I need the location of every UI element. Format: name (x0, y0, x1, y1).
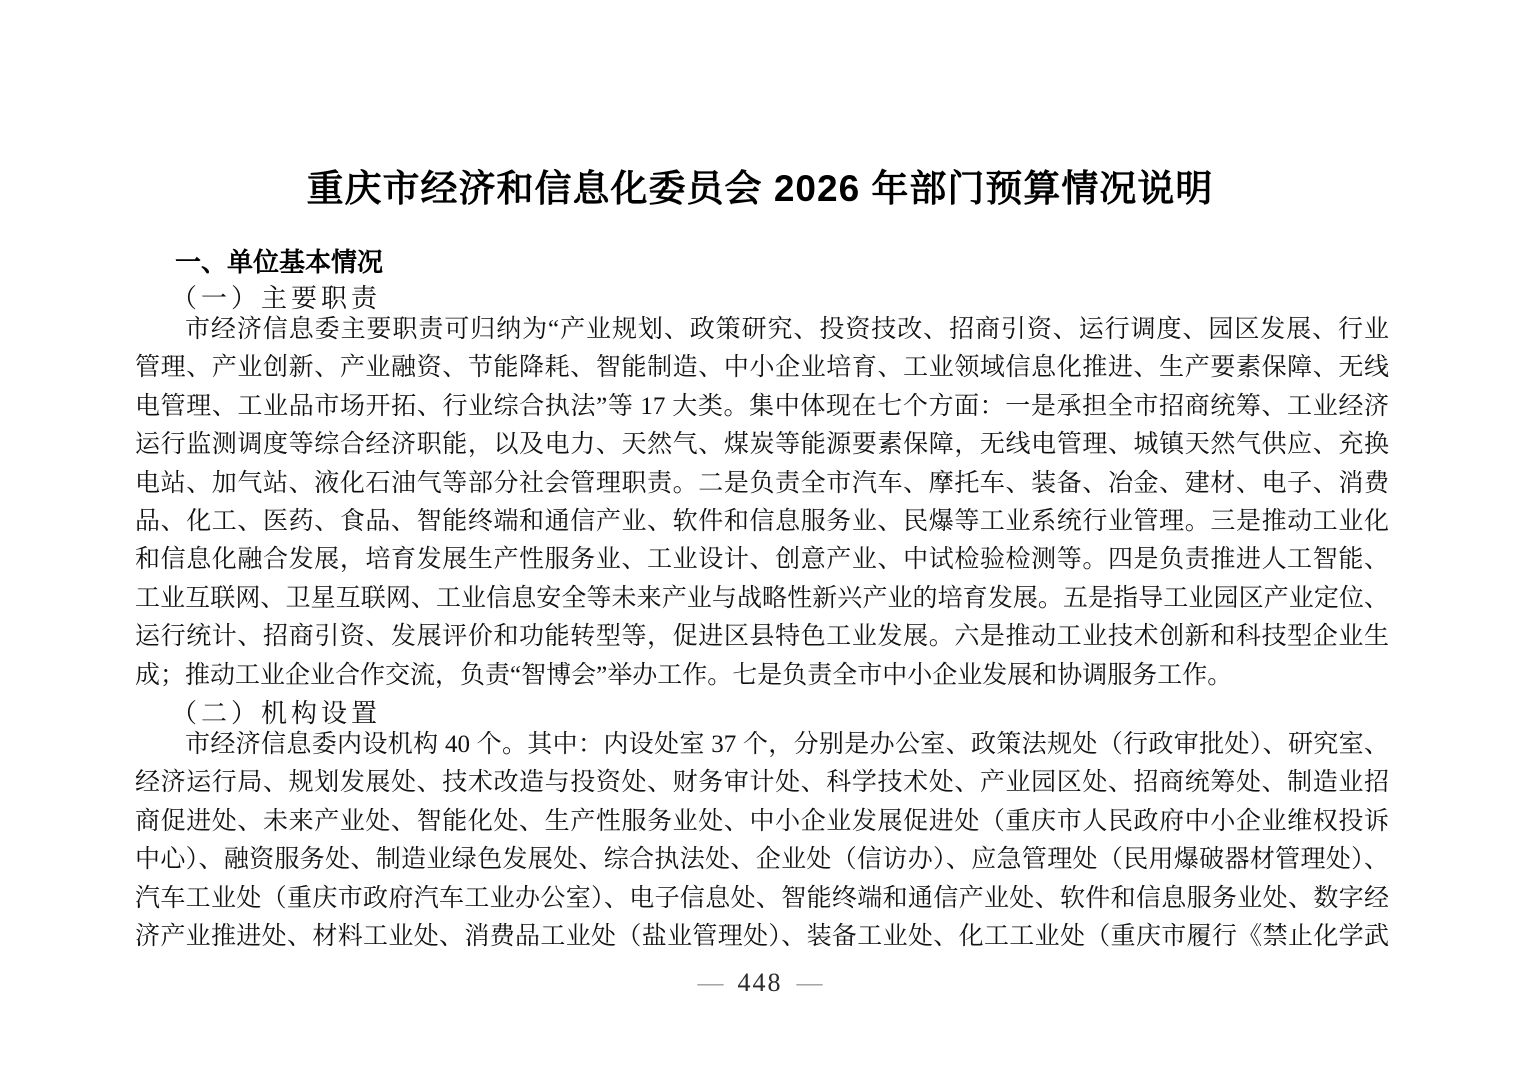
paragraph-line: 和信息化融合发展，培育发展生产性服务业、工业设计、创意产业、中试检验检测等。四是… (135, 541, 1389, 579)
paragraph-line: 运行监测调度等综合经济职能，以及电力、天然气、煤炭等能源要素保障，无线电管理、城… (135, 426, 1389, 464)
section-heading-basic-info: 一、单位基本情况 (135, 242, 1389, 279)
paragraph-main-duties: 市经济信息委主要职责可归纳为“产业规划、政策研究、投资技改、招商引资、运行调度、… (135, 311, 1389, 695)
paragraph-line: 品、化工、医药、食品、智能终端和通信产业、软件和信息服务业、民爆等工业系统行业管… (135, 503, 1389, 541)
footer-right-dash: — (783, 968, 837, 997)
paragraph-line: 中心）、融资服务处、制造业绿色发展处、综合执法处、企业处（信访办）、应急管理处（… (135, 841, 1389, 879)
paragraph-line: 运行统计、招商引资、发展评价和功能转型等，促进区县特色工业发展。六是推动工业技术… (135, 618, 1389, 656)
document-page: 重庆市经济和信息化委员会 2026 年部门预算情况说明 一、单位基本情况 （一）… (0, 0, 1520, 1074)
paragraph-line: 成；推动工业企业合作交流，负责“智博会”举办工作。七是负责全市中小企业发展和协调… (135, 657, 1389, 695)
paragraph-line: 济产业推进处、材料工业处、消费品工业处（盐业管理处）、装备工业处、化工工业处（重… (135, 918, 1389, 956)
subsection-heading-main-duties: （一）主要职责 (135, 278, 1389, 315)
page-footer: —448— (0, 968, 1520, 998)
page-title: 重庆市经济和信息化委员会 2026 年部门预算情况说明 (0, 158, 1520, 212)
page-number: 448 (738, 968, 783, 997)
paragraph-line: 市经济信息委主要职责可归纳为“产业规划、政策研究、投资技改、招商引资、运行调度、… (135, 311, 1389, 349)
paragraph-line: 商促进处、未来产业处、智能化处、生产性服务业处、中小企业发展促进处（重庆市人民政… (135, 803, 1389, 841)
paragraph-line: 管理、产业创新、产业融资、节能降耗、智能制造、中小企业培育、工业领域信息化推进、… (135, 349, 1389, 387)
subsection-heading-org-structure: （二）机构设置 (135, 693, 1389, 730)
paragraph-line: 汽车工业处（重庆市政府汽车工业办公室）、电子信息处、智能终端和通信产业处、软件和… (135, 880, 1389, 918)
paragraph-line: 市经济信息委内设机构 40 个。其中：内设处室 37 个，分别是办公室、政策法规… (135, 726, 1389, 764)
paragraph-line: 经济运行局、规划发展处、技术改造与投资处、财务审计处、科学技术处、产业园区处、招… (135, 764, 1389, 802)
paragraph-org-structure: 市经济信息委内设机构 40 个。其中：内设处室 37 个，分别是办公室、政策法规… (135, 726, 1389, 956)
paragraph-line: 工业互联网、卫星互联网、工业信息安全等未来产业与战略性新兴产业的培育发展。五是指… (135, 580, 1389, 618)
paragraph-line: 电站、加气站、液化石油气等部分社会管理职责。二是负责全市汽车、摩托车、装备、冶金… (135, 465, 1389, 503)
footer-left-dash: — (684, 968, 738, 997)
paragraph-line: 电管理、工业品市场开拓、行业综合执法”等 17 大类。集中体现在七个方面：一是承… (135, 388, 1389, 426)
